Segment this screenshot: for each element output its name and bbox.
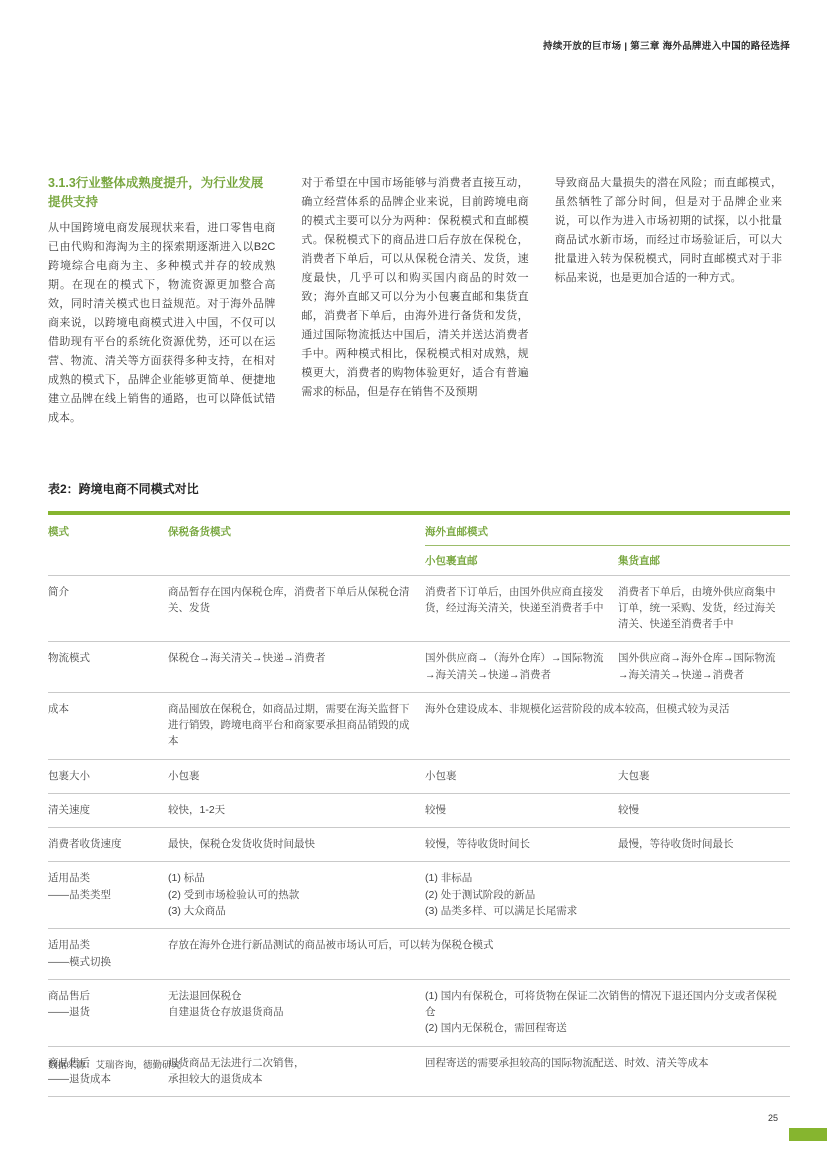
comparison-table: 模式 保税备货模式 海外直邮模式 小包裹直邮 集货直邮 简介 商品暂存在国内保税… [48,511,790,1097]
row-label: 适用品类 ——模式切换 [48,929,168,980]
table-row: 成本 商品囤放在保税仓，如商品过期，需要在海关监督下进行销毁，跨境电商平台和商家… [48,692,790,759]
data-source-note: 数据来源：艾瑞咨询，德勤研究 [48,1057,181,1071]
table-row: 消费者收货速度 最快，保税仓发货收货时间最快 较慢，等待收货时间长 最慢，等待收… [48,828,790,862]
cell-small-package: 较慢，等待收货时间长 [425,828,618,862]
article-column-1: 3.1.3行业整体成熟度提升，为行业发展提供支持 从中国跨境电商发展现状来看，进… [48,174,275,428]
table-row: 适用品类 ——品类类型 (1) 标品 (2) 受到市场检验认可的热款 (3) 大… [48,862,790,929]
table-title: 表2：跨境电商不同模式对比 [48,480,790,497]
table-header-row: 模式 保税备货模式 海外直邮模式 [48,513,790,546]
cell-direct-merged: 回程寄送的需要承担较高的国际物流配送、时效、清关等成本 [425,1046,790,1097]
row-label: 清关速度 [48,793,168,827]
cell-bonded: 商品囤放在保税仓，如商品过期，需要在海关监督下进行销毁，跨境电商平台和商家要承担… [168,692,425,759]
col-header-mode: 模式 [48,513,168,575]
row-label: 适用品类 ——品类类型 [48,862,168,929]
cell-bonded: 最快，保税仓发货收货时间最快 [168,828,425,862]
report-page: 持续开放的巨市场 | 第三章 海外品牌进入中国的路径选择 3.1.3行业整体成熟… [0,0,827,1169]
row-label: 简介 [48,575,168,642]
cell-small-package: 小包裹 [425,759,618,793]
page-corner-bar [789,1128,827,1141]
cell-bonded: 退货商品无法进行二次销售， 承担较大的退货成本 [168,1046,425,1097]
col-header-direct: 海外直邮模式 [425,513,790,546]
cell-bonded: 较快，1-2天 [168,793,425,827]
table-row: 清关速度 较快，1-2天 较慢 较慢 [48,793,790,827]
cell-small-package: 较慢 [425,793,618,827]
comparison-table-section: 表2：跨境电商不同模式对比 模式 保税备货模式 海外直邮模式 小包裹直邮 集货直… [48,480,790,1097]
article-column-2: 对于希望在中国市场能够与消费者直接互动，确立经营体系的品牌企业来说，目前跨境电商… [301,174,528,428]
article-column-3: 导致商品大量损失的潜在风险；而直邮模式，虽然牺牲了部分时间，但是对于品牌企业来说… [555,174,782,428]
row-label: 物流模式 [48,642,168,693]
row-label: 包裹大小 [48,759,168,793]
cell-bonded: (1) 标品 (2) 受到市场检验认可的热款 (3) 大众商品 [168,862,425,929]
article-paragraph-1: 从中国跨境电商发展现状来看，进口零售电商已由代购和海淘为主的探索期逐渐进入以B2… [48,219,275,428]
cell-consolidated: 消费者下单后，由境外供应商集中订单，统一采购、发货，经过海关清关、快递至消费者手… [618,575,790,642]
cell-bonded: 商品暂存在国内保税仓库，消费者下单后从保税仓清关、发货 [168,575,425,642]
row-label: 商品售后 ——退货成本 [48,1046,168,1097]
row-label: 成本 [48,692,168,759]
page-number: 25 [768,1113,778,1123]
article-body: 3.1.3行业整体成熟度提升，为行业发展提供支持 从中国跨境电商发展现状来看，进… [48,174,782,428]
table-row: 包裹大小 小包裹 小包裹 大包裹 [48,759,790,793]
section-heading: 3.1.3行业整体成熟度提升，为行业发展提供支持 [48,174,275,212]
cell-direct-merged: (1) 国内有保税仓，可将货物在保证二次销售的情况下退还国内分支或者保税仓 (2… [425,979,790,1046]
cell-all-merged: 存放在海外仓进行新品测试的商品被市场认可后，可以转为保税仓模式 [168,929,790,980]
table-row: 适用品类 ——模式切换 存放在海外仓进行新品测试的商品被市场认可后，可以转为保税… [48,929,790,980]
table-row: 商品售后 ——退货成本 退货商品无法进行二次销售， 承担较大的退货成本 回程寄送… [48,1046,790,1097]
cell-consolidated: 大包裹 [618,759,790,793]
col-header-consolidated: 集货直邮 [618,546,790,575]
cell-small-package: 消费者下订单后，由国外供应商直接发货，经过海关清关，快递至消费者手中 [425,575,618,642]
cell-direct-merged: (1) 非标品 (2) 处于测试阶段的新品 (3) 品类多样、可以满足长尾需求 [425,862,790,929]
cell-consolidated: 最慢，等待收货时间最长 [618,828,790,862]
table-row: 物流模式 保税仓→海关清关→快递→消费者 国外供应商→（海外仓库）→国际物流→海… [48,642,790,693]
cell-bonded: 保税仓→海关清关→快递→消费者 [168,642,425,693]
col-header-small-package: 小包裹直邮 [425,546,618,575]
cell-consolidated: 国外供应商→海外仓库→国际物流→海关清关→快递→消费者 [618,642,790,693]
cell-small-package: 国外供应商→（海外仓库）→国际物流→海关清关→快递→消费者 [425,642,618,693]
cell-consolidated: 较慢 [618,793,790,827]
running-header: 持续开放的巨市场 | 第三章 海外品牌进入中国的路径选择 [48,38,790,52]
article-paragraph-2: 对于希望在中国市场能够与消费者直接互动，确立经营体系的品牌企业来说，目前跨境电商… [301,174,528,402]
row-label: 消费者收货速度 [48,828,168,862]
table-row: 简介 商品暂存在国内保税仓库，消费者下单后从保税仓清关、发货 消费者下订单后，由… [48,575,790,642]
col-header-bonded: 保税备货模式 [168,513,425,575]
cell-bonded: 无法退回保税仓 自建退货仓存放退货商品 [168,979,425,1046]
row-label: 商品售后 ——退货 [48,979,168,1046]
cell-bonded: 小包裹 [168,759,425,793]
article-paragraph-3: 导致商品大量损失的潜在风险；而直邮模式，虽然牺牲了部分时间，但是对于品牌企业来说… [555,174,782,288]
table-row: 商品售后 ——退货 无法退回保税仓 自建退货仓存放退货商品 (1) 国内有保税仓… [48,979,790,1046]
cell-direct-merged: 海外仓建设成本、非规模化运营阶段的成本较高，但模式较为灵活 [425,692,790,759]
